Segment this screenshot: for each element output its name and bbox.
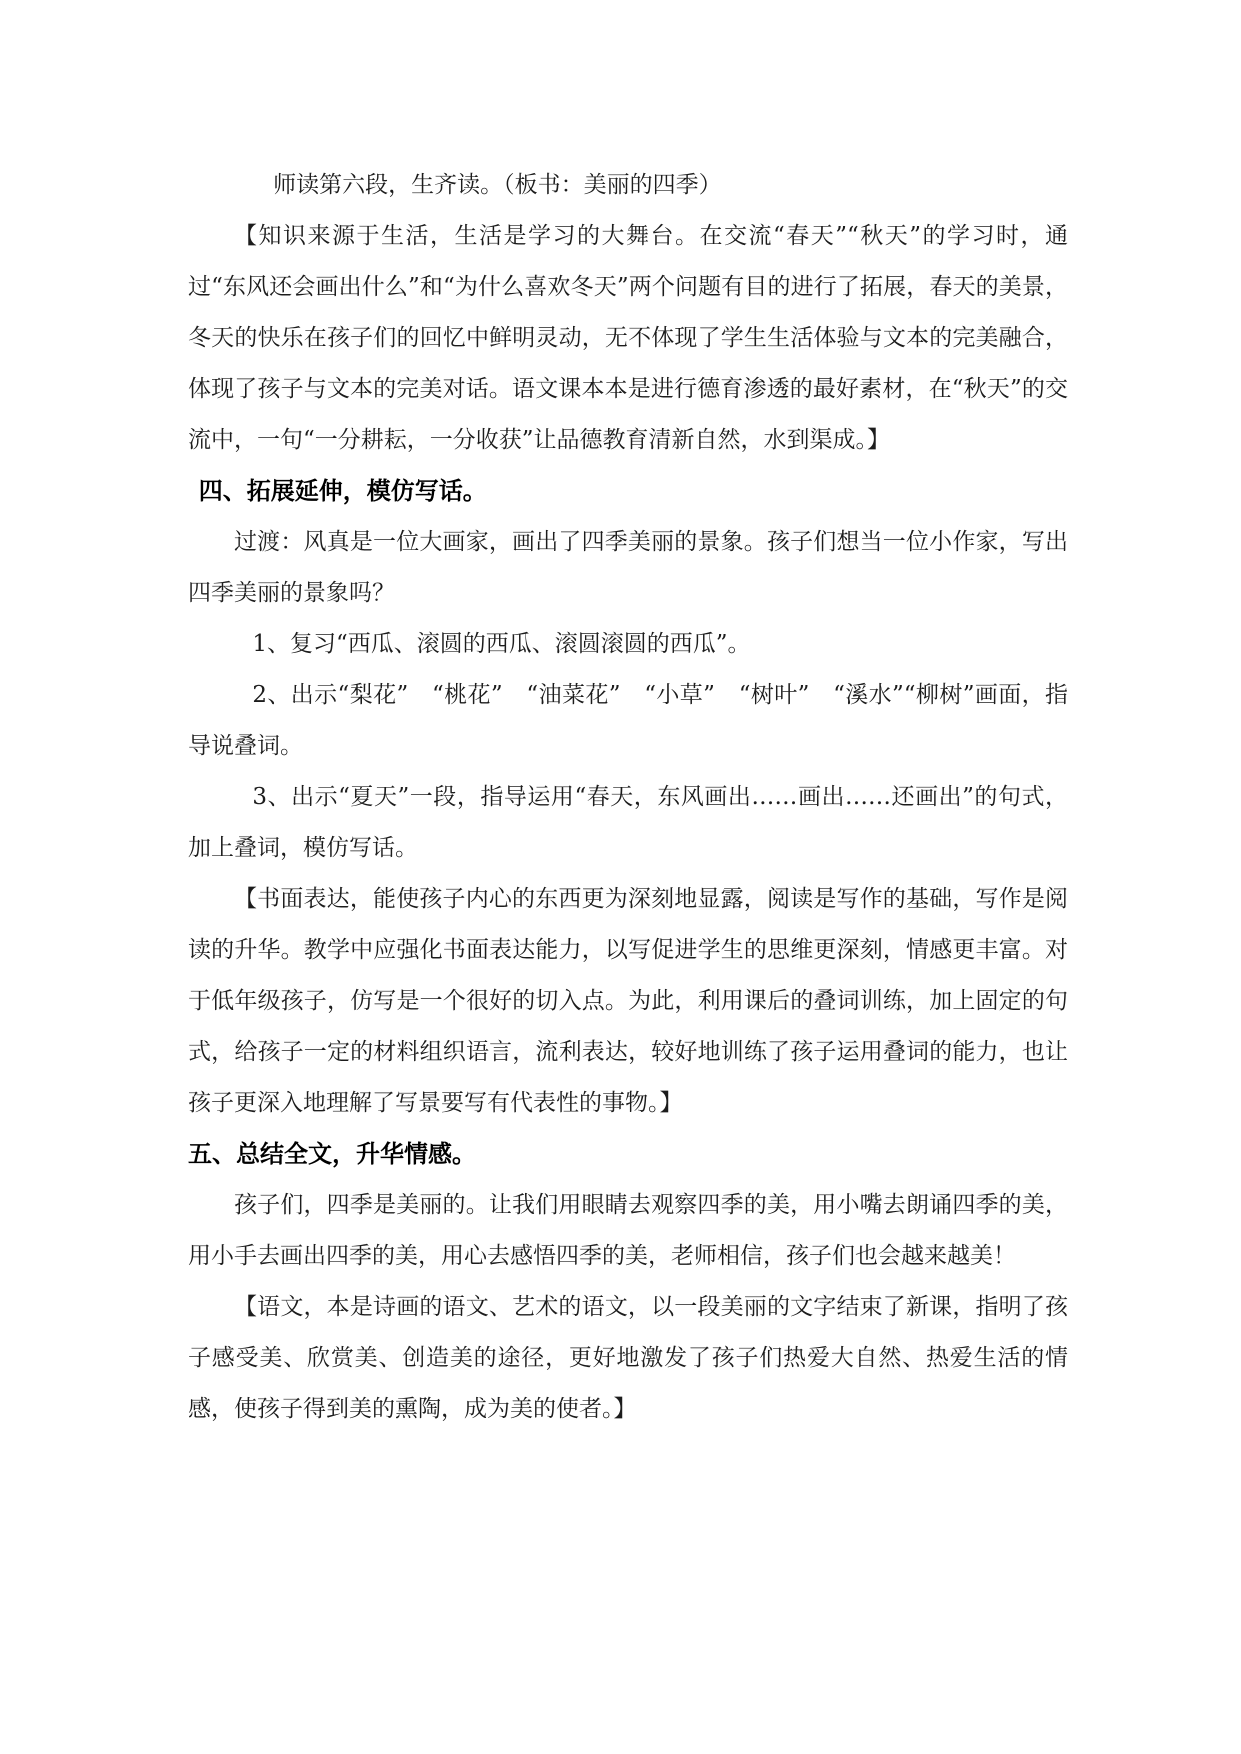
- numbered-item-3: 3、出示“夏天”一段，指导运用“春天，东风画出……画出……还画出”的句式，加上叠…: [188, 772, 1068, 874]
- summary-paragraph: 孩子们，四季是美丽的。让我们用眼睛去观察四季的美，用小嘴去朗诵四季的美，用小手去…: [188, 1180, 1068, 1282]
- transition-paragraph: 过渡：风真是一位大画家，画出了四季美丽的景象。孩子们想当一位小作家，写出四季美丽…: [188, 517, 1068, 619]
- document-page: 师读第六段，生齐读。（板书：美丽的四季） 【知识来源于生活，生活是学习的大舞台。…: [0, 0, 1241, 1754]
- commentary-block-knowledge: 【知识来源于生活，生活是学习的大舞台。在交流“春天”“秋天”的学习时，通过“东风…: [188, 211, 1068, 466]
- lesson-step-line: 师读第六段，生齐读。（板书：美丽的四季）: [188, 160, 1068, 211]
- numbered-item-2: 2、出示“梨花” “桃花” “油菜花” “小草” “树叶” “溪水”“柳树”画面…: [188, 670, 1068, 772]
- section-heading-four: 四、拓展延伸，模仿写话。: [188, 466, 1068, 517]
- document-body: 师读第六段，生齐读。（板书：美丽的四季） 【知识来源于生活，生活是学习的大舞台。…: [188, 160, 1068, 1435]
- commentary-block-writing: 【书面表达，能使孩子内心的东西更为深刻地显露，阅读是写作的基础，写作是阅读的升华…: [188, 874, 1068, 1129]
- section-heading-five: 五、总结全文，升华情感。: [188, 1129, 1068, 1180]
- numbered-item-1: 1、复习“西瓜、滚圆的西瓜、滚圆滚圆的西瓜”。: [188, 619, 1068, 670]
- commentary-block-closing: 【语文，本是诗画的语文、艺术的语文，以一段美丽的文字结束了新课，指明了孩子感受美…: [188, 1282, 1068, 1435]
